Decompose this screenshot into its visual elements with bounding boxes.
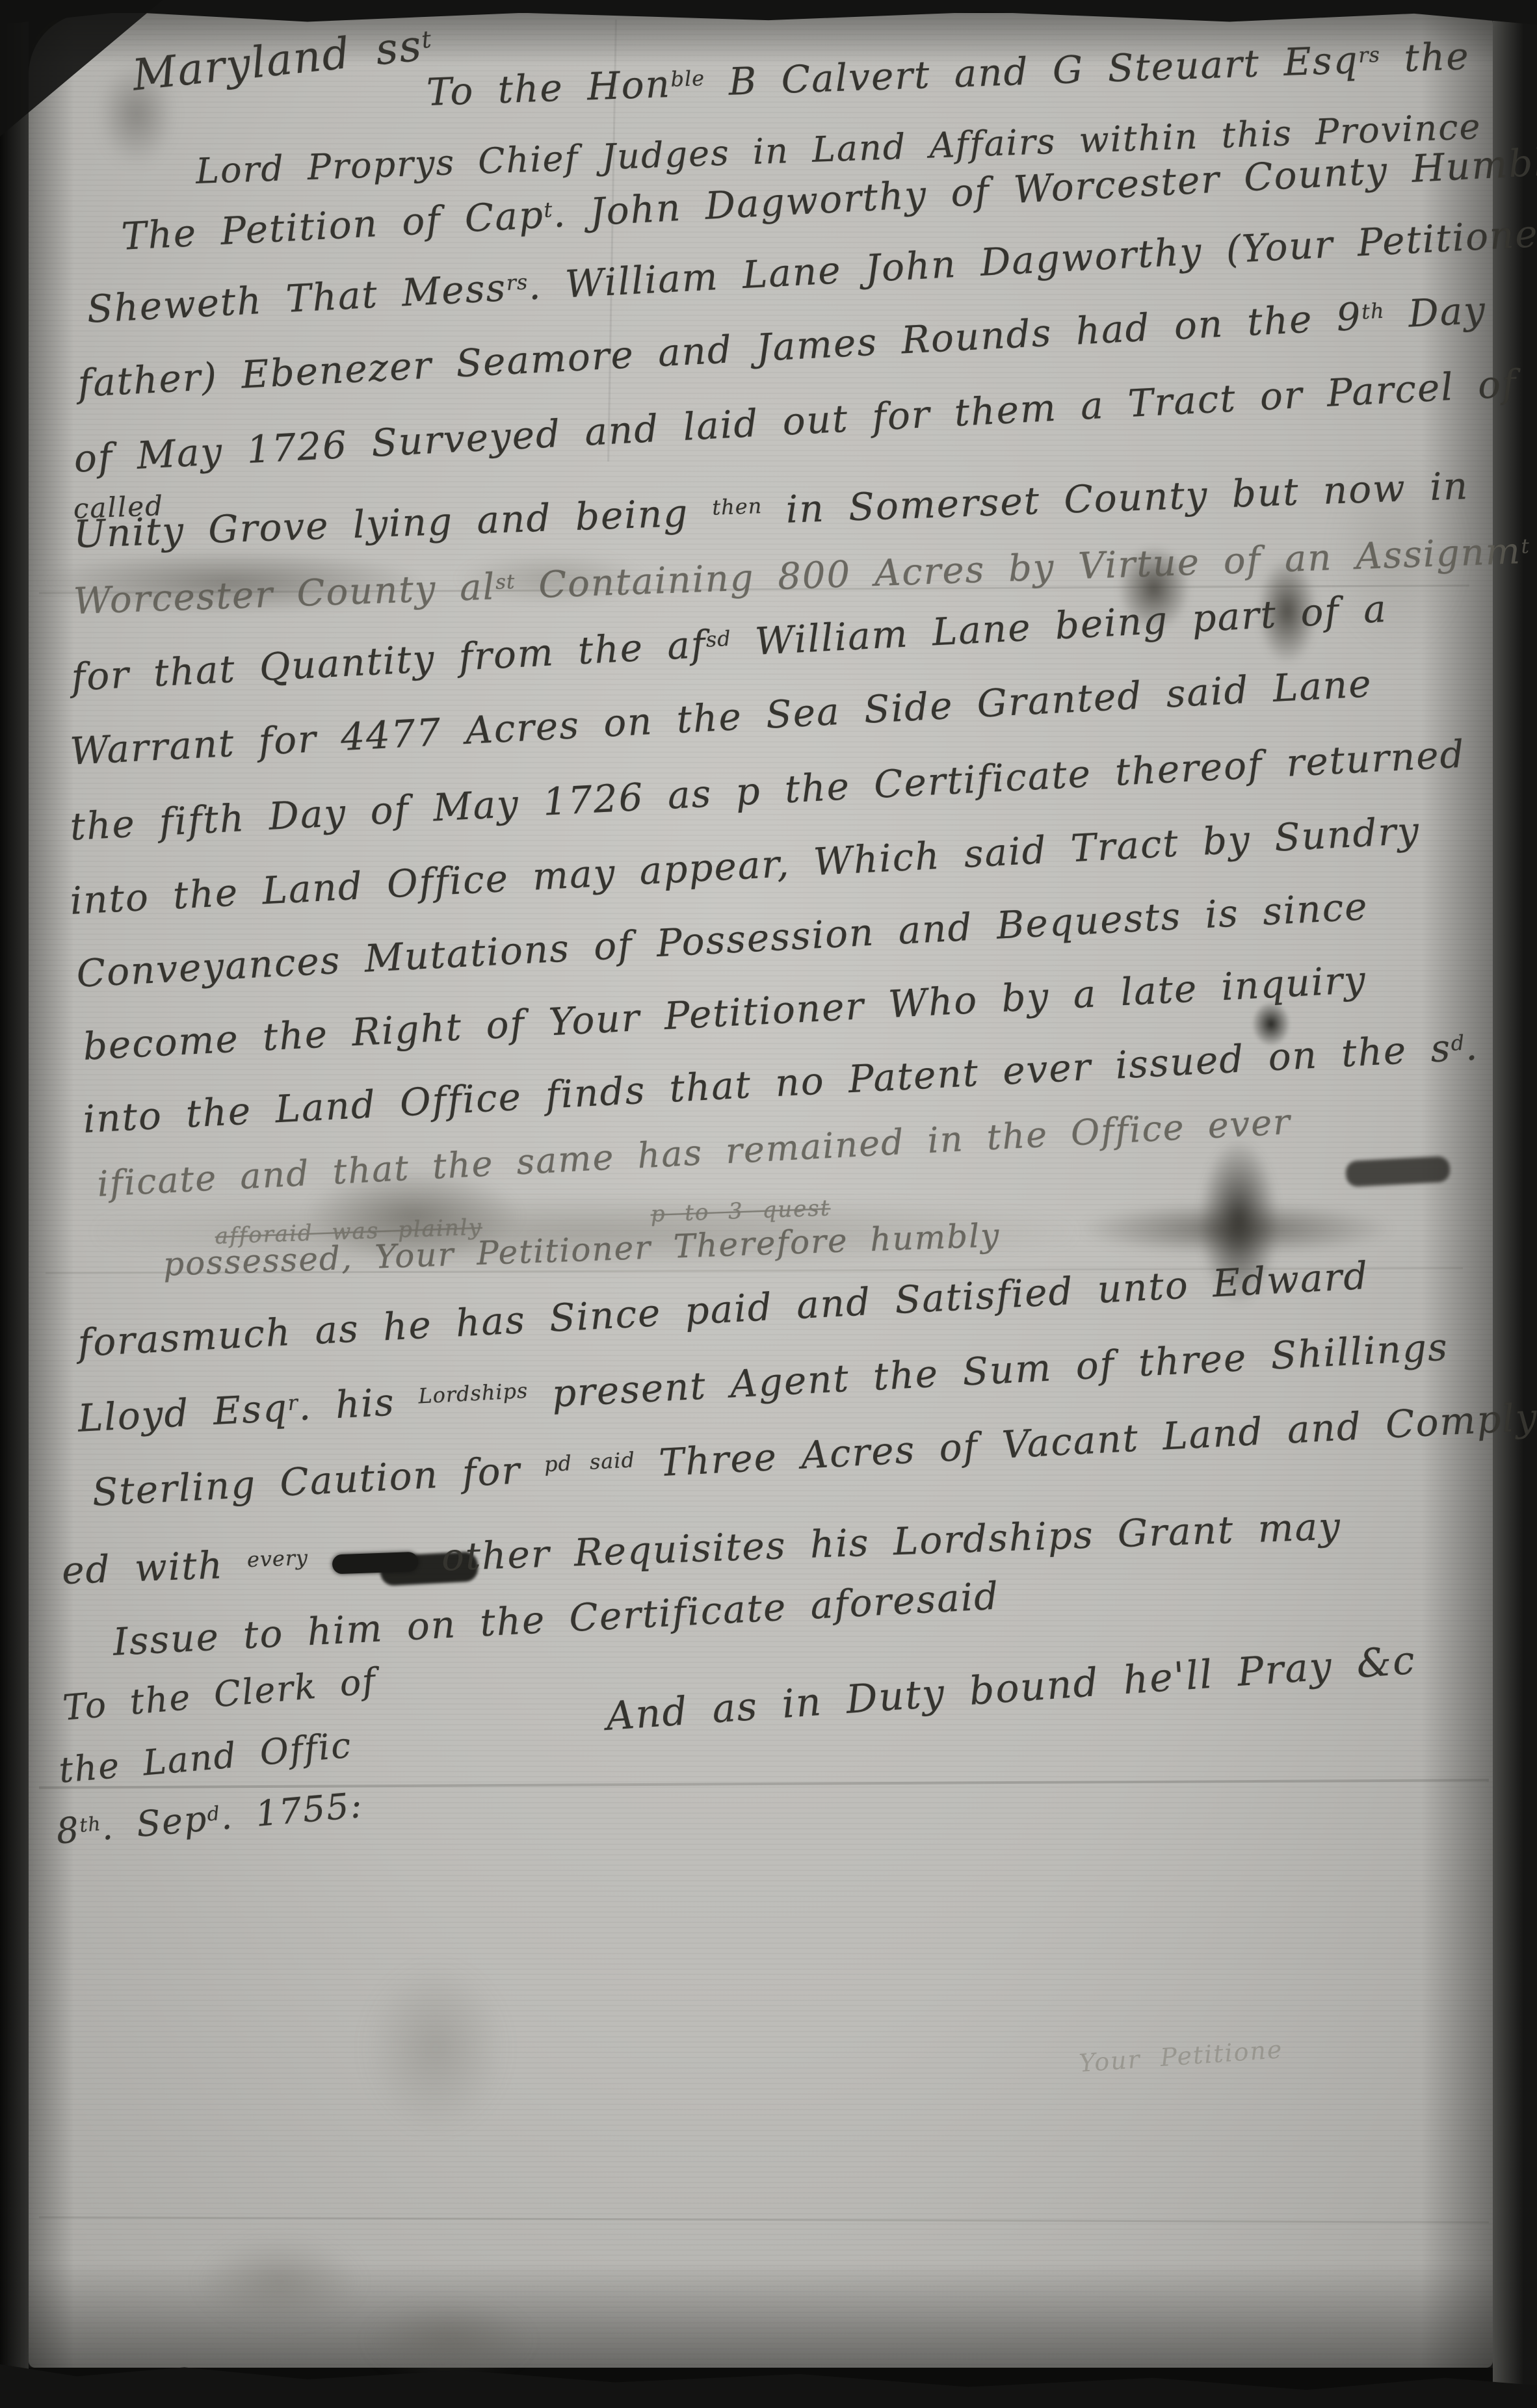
line-text: The Petition of Cap: [120, 192, 545, 259]
line-text: ed with: [61, 1542, 248, 1593]
superscript-text: rs: [506, 269, 529, 295]
line-text: in Somerset County but now in: [761, 464, 1469, 532]
superscript-text: r: [287, 1390, 299, 1415]
line-text: Unity Grove lying and being: [73, 490, 713, 556]
line-text: . his: [297, 1379, 419, 1430]
line-text: other Requisites his Lordships Grant may: [417, 1504, 1342, 1580]
manuscript-line: Your Petitione: [1078, 2035, 1284, 2078]
manuscript-line: Issue to him on the Certificate aforesai…: [112, 1574, 1001, 1664]
line-text: William Lane being part of a: [730, 586, 1388, 665]
manuscript-line: Maryland sst: [130, 20, 435, 101]
line-text: B Calvert and G Steuart Esq: [704, 38, 1360, 105]
line-text: the: [1380, 34, 1471, 81]
line-text: . 1755:: [218, 1785, 365, 1838]
line-text: 8: [55, 1809, 82, 1852]
superscript-text: d: [1451, 1030, 1465, 1056]
ink-blot: [332, 1552, 418, 1575]
superscript-text: st: [495, 570, 516, 594]
line-text: Lloyd Esq: [77, 1385, 289, 1441]
lines-layer: Maryland sstTo the Honble B Calvert and …: [0, 0, 1537, 2408]
manuscript-line: And as in Duty bound he'll Pray &c: [605, 1638, 1417, 1740]
manuscript-line: the Land Offic: [57, 1725, 354, 1791]
line-text: . Sep: [99, 1798, 209, 1848]
line-text: Three Acres of Vacant Land and Comply=: [634, 1393, 1537, 1486]
scanned-document-page: Maryland sstTo the Honble B Calvert and …: [0, 0, 1537, 2408]
line-text: Maryland ss: [130, 20, 425, 100]
superscript-text: then: [712, 493, 763, 520]
line-text: Worcester County al: [73, 566, 497, 623]
superscript-text: every: [246, 1545, 308, 1572]
line-text: Sheweth That Mess: [86, 265, 508, 332]
superscript-text: ble: [670, 66, 705, 92]
superscript-text: rs: [1358, 42, 1381, 68]
superscript-text: th: [79, 1813, 102, 1837]
superscript-text: th: [1361, 298, 1385, 324]
line-text: .: [1464, 1025, 1480, 1069]
manuscript-line: 8th. Sepd. 1755:: [55, 1785, 365, 1852]
line-text: [308, 1539, 333, 1584]
line-text: Sterling Caution for: [91, 1447, 545, 1515]
superscript-text: Lordships: [417, 1378, 529, 1409]
superscript-text: sd: [705, 626, 732, 652]
superscript-text: t: [420, 25, 433, 53]
manuscript-line: p to 3 quest: [650, 1195, 831, 1227]
manuscript-line: ed with every other Requisites his Lords…: [61, 1504, 1342, 1593]
superscript-text: pd said: [544, 1447, 636, 1476]
superscript-text: t: [1521, 534, 1530, 558]
line-text: for that Quantity from the af: [70, 622, 707, 700]
manuscript-line: To the Clerk of: [61, 1660, 378, 1729]
manuscript-line: To the Honble B Calvert and G Steuart Es…: [426, 34, 1471, 114]
line-text: Day: [1384, 287, 1488, 337]
line-text: To the Hon: [426, 62, 672, 114]
line-text: present Agent the Sum of three Shillings: [527, 1325, 1450, 1417]
